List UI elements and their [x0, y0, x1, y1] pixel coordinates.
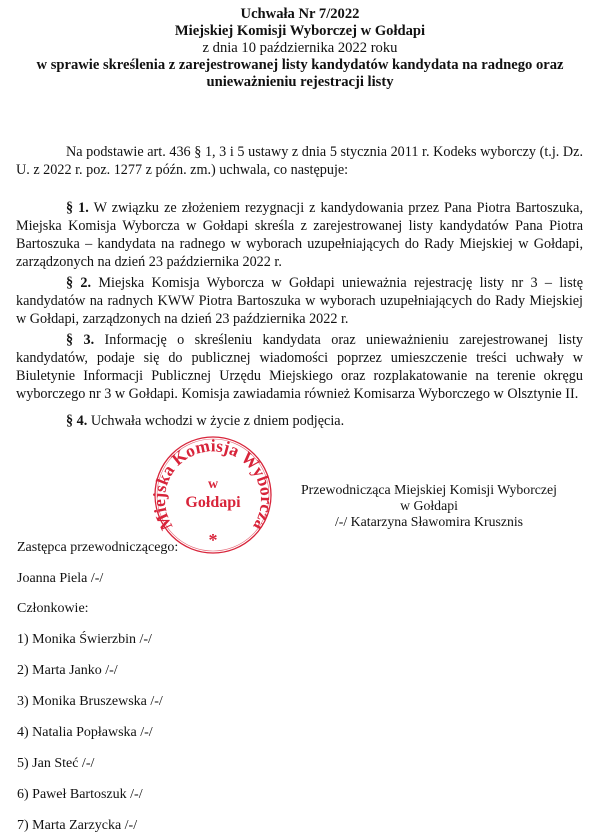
deputy-name: Joanna Piela /-/	[17, 570, 103, 588]
section-text: Informację o skreśleniu kandydata oraz u…	[16, 332, 583, 402]
official-stamp: Miejska Komisja Wyborcza w Gołdapi *	[152, 434, 274, 556]
section-mark: § 1.	[66, 200, 89, 216]
resolution-date: z dnia 10 października 2022 roku	[0, 40, 600, 57]
section-3: § 3. Informację o skreśleniu kandydata o…	[16, 331, 583, 403]
subject-line-1: w sprawie skreślenia z zarejestrowanej l…	[0, 57, 600, 74]
section-mark: § 2.	[66, 275, 91, 291]
stamp-center-w: w	[208, 477, 219, 492]
signature-name: /-/ Katarzyna Sławomira Krusznis	[300, 513, 558, 530]
members-label: Członkowie:	[17, 600, 89, 618]
member-item: 6) Paweł Bartoszuk /-/	[17, 786, 143, 804]
section-2: § 2. Miejska Komisja Wyborcza w Gołdapi …	[16, 274, 583, 328]
section-mark: § 3.	[66, 332, 94, 348]
signature-role-line-2: w Gołdapi	[300, 497, 558, 514]
issuing-body: Miejskiej Komisji Wyborczej w Gołdapi	[0, 23, 600, 40]
signature-role-line-1: Przewodnicząca Miejskiej Komisji Wyborcz…	[300, 481, 558, 498]
section-4: § 4. Uchwała wchodzi w życie z dniem pod…	[16, 412, 583, 430]
member-item: 2) Marta Janko /-/	[17, 662, 118, 680]
member-item: 5) Jan Steć /-/	[17, 755, 94, 773]
member-item: 4) Natalia Popławska /-/	[17, 724, 153, 742]
resolution-title: Uchwała Nr 7/2022	[0, 6, 600, 23]
member-item: 1) Monika Świerzbin /-/	[17, 631, 152, 649]
preamble-text: Na podstawie art. 436 § 1, 3 i 5 ustawy …	[16, 144, 583, 178]
section-1: § 1. W związku ze złożeniem rezygnacji z…	[16, 199, 583, 271]
member-item: 7) Marta Zarzycka /-/	[17, 817, 137, 835]
stamp-center-city: Gołdapi	[185, 494, 241, 511]
resolution-document: Uchwała Nr 7/2022 Miejskiej Komisji Wybo…	[0, 0, 600, 839]
section-text: Miejska Komisja Wyborcza w Gołdapi uniew…	[16, 275, 583, 327]
subject-line-2: unieważnieniu rejestracji listy	[0, 74, 600, 91]
deputy-label: Zastępca przewodniczącego:	[17, 539, 178, 557]
preamble: Na podstawie art. 436 § 1, 3 i 5 ustawy …	[16, 143, 583, 179]
member-item: 3) Monika Bruszewska /-/	[17, 693, 163, 711]
section-text: W związku ze złożeniem rezygnacji z kand…	[16, 200, 583, 270]
section-mark: § 4.	[66, 413, 87, 429]
stamp-star-icon: *	[209, 530, 218, 550]
section-text: Uchwała wchodzi w życie z dniem podjęcia…	[91, 413, 344, 429]
